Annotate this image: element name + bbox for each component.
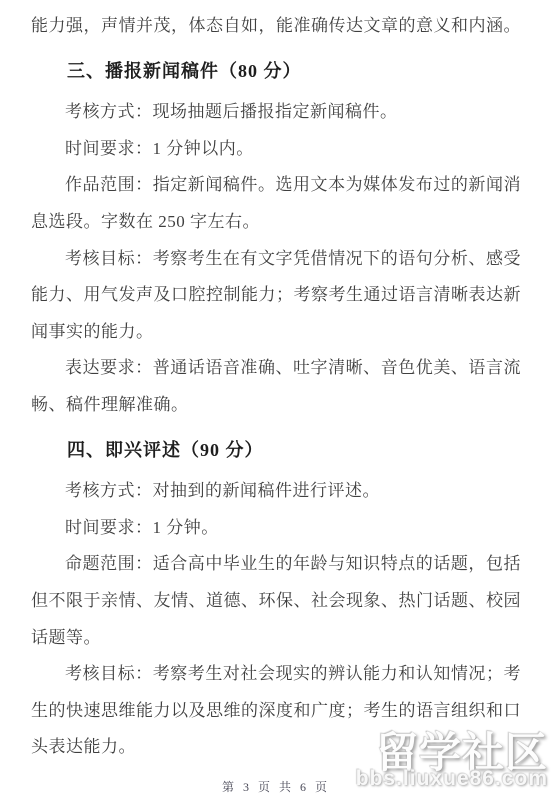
document-body: 能力强，声情并茂，体态自如，能准确传达文章的意义和内涵。 三、播报新闻稿件（80… [31,8,521,766]
body-line: 能力、用气发声及口腔控制能力；考察考生通过语言清晰表达新 [31,277,521,314]
body-line: 但不限于亲情、友情、道德、环保、社会现象、热门话题、校园 [31,583,521,620]
body-line: 畅、稿件理解准确。 [31,387,521,424]
body-line: 考核目标：考察考生对社会现实的辨认能力和认知情况；考 [31,656,521,693]
body-line: 头表达能力。 [31,729,521,766]
page-number-footer: 第 3 页 共 6 页 [0,778,552,795]
body-line: 表达要求：普通话语音准确、吐字清晰、音色优美、语言流 [31,350,521,387]
body-line: 生的快速思维能力以及思维的深度和广度；考生的语言组织和口 [31,693,521,730]
body-line: 时间要求：1 分钟以内。 [31,131,521,168]
body-line: 能力强，声情并茂，体态自如，能准确传达文章的意义和内涵。 [31,8,521,45]
body-line: 命题范围：适合高中毕业生的年龄与知识特点的话题，包括 [31,546,521,583]
body-line: 考核目标：考察考生在有文字凭借情况下的语句分析、感受 [31,241,521,278]
body-line: 闻事实的能力。 [31,314,521,351]
body-line: 息选段。字数在 250 字左右。 [31,204,521,241]
body-line: 时间要求：1 分钟。 [31,510,521,547]
body-line: 作品范围：指定新闻稿件。选用文本为媒体发布过的新闻消 [31,167,521,204]
body-line: 考核方式：对抽到的新闻稿件进行评述。 [31,473,521,510]
body-line: 话题等。 [31,620,521,657]
document-page: 能力强，声情并茂，体态自如，能准确传达文章的意义和内涵。 三、播报新闻稿件（80… [0,0,552,801]
section-heading-3: 三、播报新闻稿件（80 分） [31,53,521,90]
body-line: 考核方式：现场抽题后播报指定新闻稿件。 [31,94,521,131]
section-heading-4: 四、即兴评述（90 分） [31,432,521,469]
